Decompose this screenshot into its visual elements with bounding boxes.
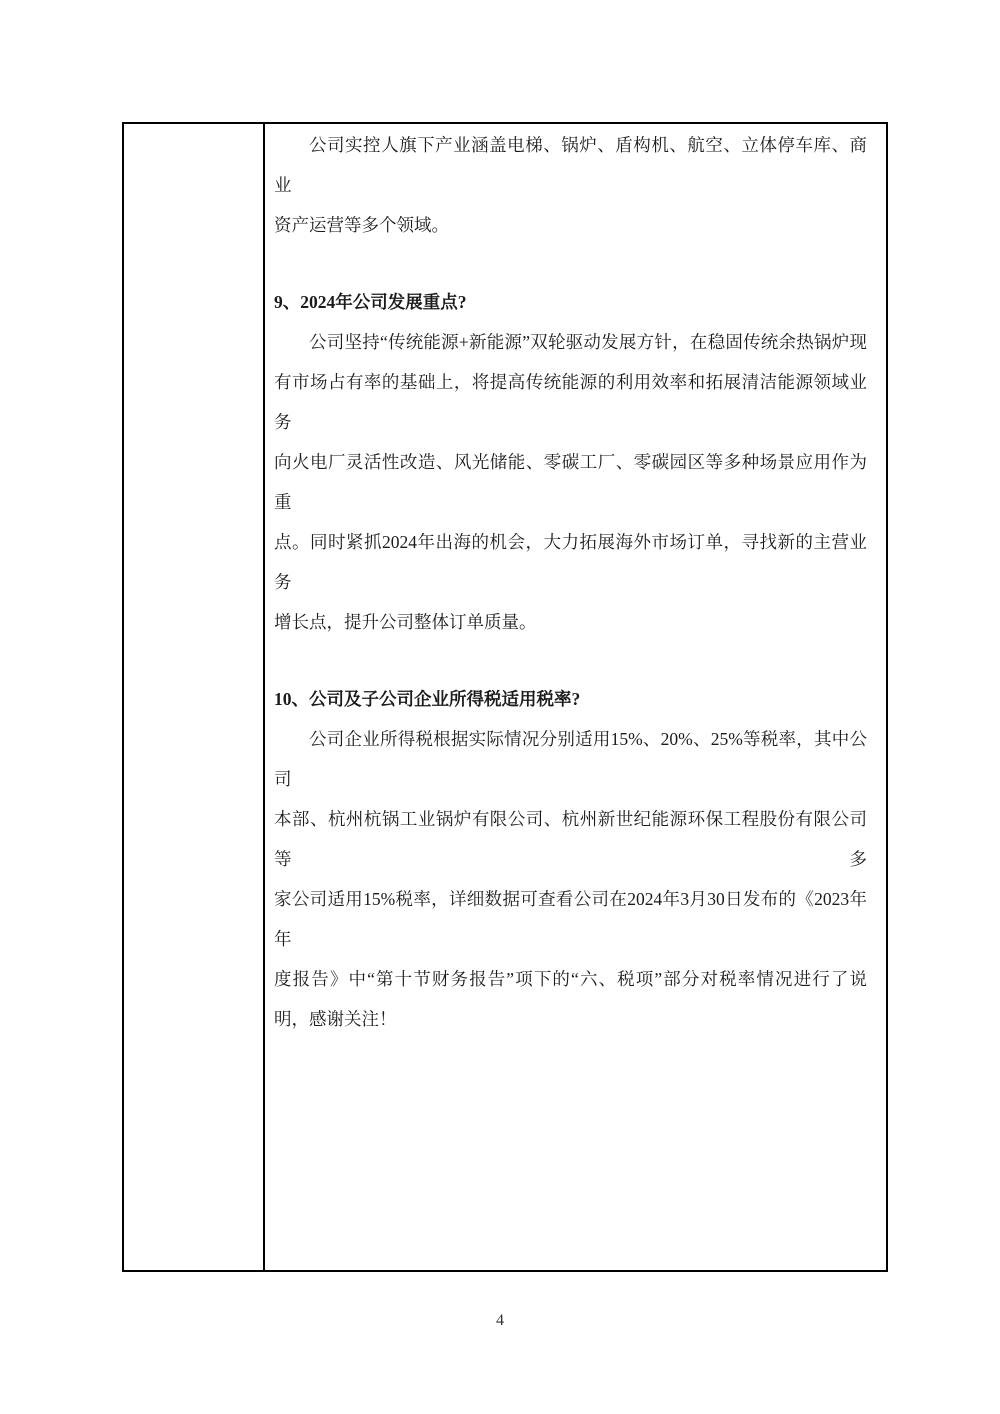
paragraph-line: 公司坚持“传统能源+新能源”双轮驱动发展方针，在稳固传统余热锅炉现 [274,322,867,362]
paragraph-line: 资产运营等多个领域。 [274,205,867,245]
question-9-heading: 9、2024年公司发展重点? [274,282,867,322]
paragraph-line: 本部、杭州杭锅工业锅炉有限公司、杭州新世纪能源环保工程股份有限公司等多 [274,799,867,879]
paragraph-line: 公司企业所得税根据实际情况分别适用15%、20%、25%等税率，其中公司 [274,719,867,799]
paragraph-line: 度报告》中“第十节财务报告”项下的“六、税项”部分对税率情况进行了说 [274,959,867,999]
intro-paragraph: 公司实控人旗下产业涵盖电梯、锅炉、盾构机、航空、立体停车库、商业 资产运营等多个… [274,125,867,245]
paragraph-line: 明，感谢关注！ [274,999,867,1039]
paragraph-line: 点。同时紧抓2024年出海的机会，大力拓展海外市场订单，寻找新的主营业务 [274,522,867,602]
question-10-answer: 公司企业所得税根据实际情况分别适用15%、20%、25%等税率，其中公司 本部、… [274,719,867,1039]
paragraph-line: 增长点，提升公司整体订单质量。 [274,602,867,642]
paragraph-line: 家公司适用15%税率，详细数据可查看公司在2024年3月30日发布的《2023年… [274,879,867,959]
paragraph-line: 公司实控人旗下产业涵盖电梯、锅炉、盾构机、航空、立体停车库、商业 [274,125,867,205]
page-number: 4 [0,1306,1000,1336]
table-content-cell: 公司实控人旗下产业涵盖电梯、锅炉、盾构机、航空、立体停车库、商业 资产运营等多个… [265,124,886,1270]
record-table: 公司实控人旗下产业涵盖电梯、锅炉、盾构机、航空、立体停车库、商业 资产运营等多个… [122,122,888,1272]
question-10-heading: 10、公司及子公司企业所得税适用税率? [274,679,867,719]
paragraph-line: 向火电厂灵活性改造、风光储能、零碳工厂、零碳园区等多种场景应用作为重 [274,442,867,522]
question-9-answer: 公司坚持“传统能源+新能源”双轮驱动发展方针，在稳固传统余热锅炉现 有市场占有率… [274,322,867,642]
table-left-column [124,124,265,1270]
paragraph-line: 有市场占有率的基础上，将提高传统能源的利用效率和拓展清洁能源领域业务 [274,362,867,442]
